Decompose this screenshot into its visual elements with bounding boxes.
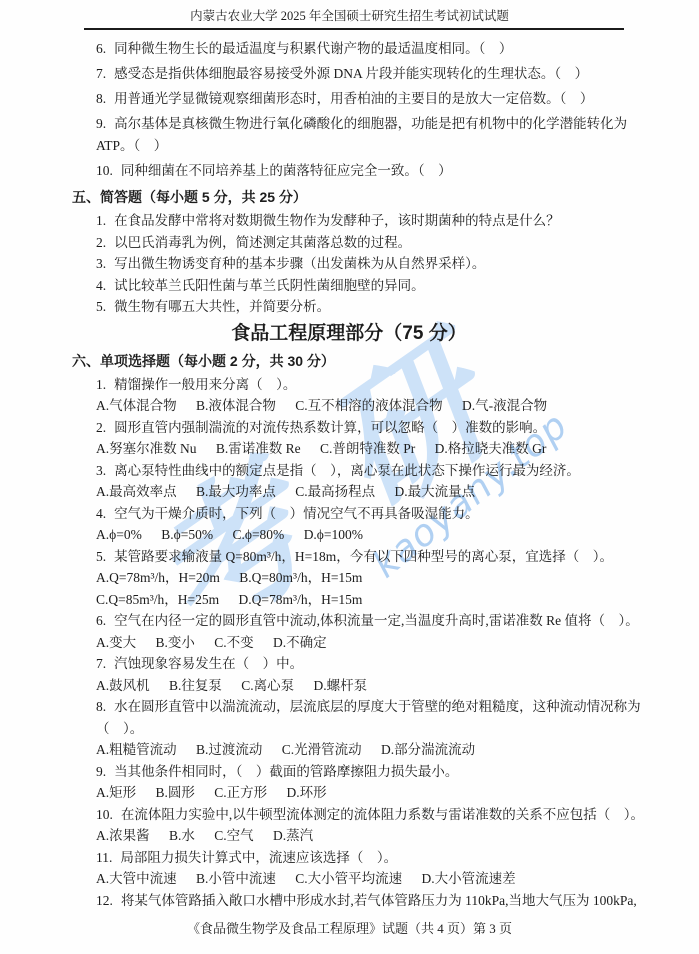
mcq-q1-stem: 1.精馏操作一般用来分离（ ）。 xyxy=(72,374,654,396)
option-c: C.离心泵 xyxy=(241,675,294,697)
question-text: 汽蚀现象容易发生在（ ）中。 xyxy=(114,656,303,671)
item-number: 7. xyxy=(96,66,106,81)
option-b: B.Q=80m³/h，H=15m xyxy=(239,567,362,589)
option-b: B.ϕ=50% xyxy=(161,524,213,546)
item-text: 写出微生物诱变育种的基本步骤（出发菌株为从自然界采样）。 xyxy=(114,256,485,271)
mcq-q10-stem: 10.在流体阻力实验中,以牛顿型流体测定的流体阻力系数与雷诺准数的关系不应包括（… xyxy=(72,804,654,826)
question-number: 11. xyxy=(96,850,112,865)
judge-item-6: 6.同种微生物生长的最适温度与积累代谢产物的最适温度相同。（ ） xyxy=(72,38,654,60)
short-answer-item-3: 3.写出微生物诱变育种的基本步骤（出发菌株为从自然界采样）。 xyxy=(72,253,654,275)
mcq-q11-stem: 11.局部阻力损失计算式中，流速应该选择（ ）。 xyxy=(72,847,654,869)
item-text: 感受态是指供体细胞最容易接受外源 DNA 片段并能实现转化的生理状态。（ ） xyxy=(114,66,588,81)
exam-content: 6.同种微生物生长的最适温度与积累代谢产物的最适温度相同。（ ） 7.感受态是指… xyxy=(72,38,654,911)
question-text: 水在圆形直管中以湍流流动，层流底层的厚度大于管壁的绝对粗糙度，这种流动情况称为（… xyxy=(96,699,641,736)
mcq-q2-options: A.努塞尔准数 Nu B.雷诺准数 Re C.普朗特准数 Pr D.格拉晓夫准数… xyxy=(72,438,654,460)
item-number: 6. xyxy=(96,41,106,56)
item-number: 5. xyxy=(96,299,106,314)
option-d: D.Q=78m³/h，H=15m xyxy=(239,589,363,611)
short-answer-item-2: 2.以巴氏消毒乳为例，简述测定其菌落总数的过程。 xyxy=(72,232,654,254)
option-b: B.往复泵 xyxy=(169,675,222,697)
question-text: 当其他条件相同时，（ ）截面的管路摩擦阻力损失最小。 xyxy=(114,764,458,779)
mcq-q8-options: A.粗糙管流动 B.过渡流动 C.光滑管流动 D.部分湍流流动 xyxy=(72,739,654,761)
mcq-q6-stem: 6.空气在内径一定的圆形直管中流动,体积流量一定,当温度升高时,雷诺准数 Re … xyxy=(72,610,654,632)
question-text: 离心泵特性曲线中的额定点是指（ ），离心泵在此状态下操作运行最为经济。 xyxy=(114,463,580,478)
mcq-q9-options: A.矩形 B.圆形 C.正方形 D.环形 xyxy=(72,782,654,804)
option-b: B.最大功率点 xyxy=(196,481,276,503)
question-number: 7. xyxy=(96,656,106,671)
item-text: 高尔基体是真核微生物进行氧化磷酸化的细胞器，功能是把有机物中的化学潜能转化为 A… xyxy=(96,116,627,153)
item-number: 3. xyxy=(96,256,106,271)
option-c: C.正方形 xyxy=(214,782,267,804)
option-a: A.变大 xyxy=(96,632,136,654)
option-c: C.ϕ=80% xyxy=(232,524,284,546)
question-number: 3. xyxy=(96,463,106,478)
item-number: 1. xyxy=(96,213,106,228)
mcq-q12-stem: 12.将某气体管路插入敞口水槽中形成水封,若气体管路压力为 110kPa,当地大… xyxy=(72,890,654,912)
item-number: 9. xyxy=(96,116,106,131)
mcq-q7-options: A.鼓风机 B.往复泵 C.离心泵 D.螺杆泵 xyxy=(72,675,654,697)
header-rule xyxy=(84,28,624,30)
item-number: 10. xyxy=(96,163,113,178)
option-b: B.小管中流速 xyxy=(196,868,276,890)
item-text: 同种微生物生长的最适温度与积累代谢产物的最适温度相同。（ ） xyxy=(114,41,512,56)
item-number: 8. xyxy=(96,91,106,106)
item-text: 以巴氏消毒乳为例，简述测定其菌落总数的过程。 xyxy=(114,235,411,250)
mcq-q1-options: A.气体混合物 B.液体混合物 C.互不相溶的液体混合物 D.气-液混合物 xyxy=(72,395,654,417)
question-number: 4. xyxy=(96,506,106,521)
option-c: C.不变 xyxy=(214,632,253,654)
question-number: 12. xyxy=(96,893,113,908)
option-a: A.鼓风机 xyxy=(96,675,150,697)
option-d: D.格拉晓夫准数 Gr xyxy=(435,438,547,460)
option-d: D.最大流量点 xyxy=(395,481,476,503)
mcq-q3-options: A.最高效率点 B.最大功率点 C.最高扬程点 D.最大流量点 xyxy=(72,481,654,503)
question-text: 精馏操作一般用来分离（ ）。 xyxy=(114,377,296,392)
option-b: B.变小 xyxy=(156,632,195,654)
option-c: C.最高扬程点 xyxy=(295,481,375,503)
mcq-q4-options: A.ϕ=0% B.ϕ=50% C.ϕ=80% D.ϕ=100% xyxy=(72,524,654,546)
option-d: D.气-液混合物 xyxy=(462,395,547,417)
mcq-q5-options-row2: C.Q=85m³/h，H=25m D.Q=78m³/h，H=15m xyxy=(72,589,654,611)
option-a: A.努塞尔准数 Nu xyxy=(96,438,197,460)
page-footer: 《食品微生物学及食品工程原理》试题（共 4 页）第 3 页 xyxy=(0,918,699,937)
item-number: 4. xyxy=(96,278,106,293)
mcq-q8-stem: 8.水在圆形直管中以湍流流动，层流底层的厚度大于管壁的绝对粗糙度，这种流动情况称… xyxy=(72,696,654,739)
question-text: 将某气体管路插入敞口水槽中形成水封,若气体管路压力为 110kPa,当地大气压为… xyxy=(121,893,637,908)
option-d: D.不确定 xyxy=(273,632,327,654)
option-d: D.环形 xyxy=(287,782,327,804)
option-b: B.圆形 xyxy=(156,782,195,804)
mcq-q9-stem: 9.当其他条件相同时，（ ）截面的管路摩擦阻力损失最小。 xyxy=(72,761,654,783)
option-b: B.水 xyxy=(169,825,195,847)
question-number: 10. xyxy=(96,807,113,822)
mcq-q4-stem: 4.空气为干燥介质时，下列（ ）情况空气不再具备吸湿能力。 xyxy=(72,503,654,525)
question-number: 9. xyxy=(96,764,106,779)
question-number: 5. xyxy=(96,549,106,564)
question-text: 在流体阻力实验中,以牛顿型流体测定的流体阻力系数与雷诺准数的关系不应包括（ ）。 xyxy=(121,807,644,822)
short-answer-item-4: 4.试比较革兰氏阳性菌与革兰氏阴性菌细胞壁的异同。 xyxy=(72,275,654,297)
option-d: D.部分湍流流动 xyxy=(381,739,475,761)
option-a: A.Q=78m³/h，H=20m xyxy=(96,567,220,589)
short-answer-item-1: 1.在食品发酵中常将对数期微生物作为发酵种子，该时期菌种的特点是什么？ xyxy=(72,210,654,232)
option-c: C.Q=85m³/h，H=25m xyxy=(96,589,219,611)
question-number: 1. xyxy=(96,377,106,392)
item-text: 在食品发酵中常将对数期微生物作为发酵种子，该时期菌种的特点是什么？ xyxy=(114,213,560,228)
short-answer-item-5: 5.微生物有哪五大共性，并简要分析。 xyxy=(72,296,654,318)
option-d: D.螺杆泵 xyxy=(314,675,368,697)
option-a: A.气体混合物 xyxy=(96,395,177,417)
engineering-part-title: 食品工程原理部分（75 分） xyxy=(58,319,640,349)
mcq-q6-options: A.变大 B.变小 C.不变 D.不确定 xyxy=(72,632,654,654)
option-c: C.空气 xyxy=(214,825,253,847)
mcq-heading: 六、单项选择题（每小题 2 分，共 30 分） xyxy=(72,349,654,374)
question-text: 空气在内径一定的圆形直管中流动,体积流量一定,当温度升高时,雷诺准数 Re 值将… xyxy=(114,613,639,628)
question-number: 2. xyxy=(96,420,106,435)
option-a: A.ϕ=0% xyxy=(96,524,142,546)
item-text: 用普通光学显微镜观察细菌形态时，用香柏油的主要目的是放大一定倍数。（ ） xyxy=(114,91,593,106)
judge-item-7: 7.感受态是指供体细胞最容易接受外源 DNA 片段并能实现转化的生理状态。（ ） xyxy=(72,63,654,85)
mcq-q7-stem: 7.汽蚀现象容易发生在（ ）中。 xyxy=(72,653,654,675)
judge-item-8: 8.用普通光学显微镜观察细菌形态时，用香柏油的主要目的是放大一定倍数。（ ） xyxy=(72,88,654,110)
judge-item-10: 10.同种细菌在不同培养基上的菌落特征应完全一致。（ ） xyxy=(72,160,654,182)
short-answer-heading: 五、简答题（每小题 5 分，共 25 分） xyxy=(72,185,654,210)
option-b: B.液体混合物 xyxy=(196,395,276,417)
question-text: 圆形直管内强制湍流的对流传热系数计算，可以忽略（ ）准数的影响。 xyxy=(114,420,546,435)
option-c: C.光滑管流动 xyxy=(282,739,362,761)
question-number: 8. xyxy=(96,699,106,714)
page-header-title: 内蒙古农业大学 2025 年全国硕士研究生招生考试初试试题 xyxy=(0,8,699,24)
question-text: 空气为干燥介质时，下列（ ）情况空气不再具备吸湿能力。 xyxy=(114,506,479,521)
mcq-q5-stem: 5.某管路要求输液量 Q=80m³/h，H=18m，今有以下四种型号的离心泵，宜… xyxy=(72,546,654,568)
option-b: B.雷诺准数 Re xyxy=(216,438,301,460)
option-b: B.过渡流动 xyxy=(196,739,262,761)
question-text: 某管路要求输液量 Q=80m³/h，H=18m，今有以下四种型号的离心泵，宜选择… xyxy=(114,549,613,564)
question-number: 6. xyxy=(96,613,106,628)
judge-item-9: 9.高尔基体是真核微生物进行氧化磷酸化的细胞器，功能是把有机物中的化学潜能转化为… xyxy=(72,113,654,157)
option-a: A.浓果酱 xyxy=(96,825,150,847)
option-d: D.蒸汽 xyxy=(273,825,313,847)
question-text: 局部阻力损失计算式中，流速应该选择（ ）。 xyxy=(120,850,397,865)
option-c: C.大小管平均流速 xyxy=(295,868,402,890)
option-c: C.互不相溶的液体混合物 xyxy=(295,395,442,417)
option-c: C.普朗特准数 Pr xyxy=(320,438,415,460)
option-a: A.最高效率点 xyxy=(96,481,177,503)
mcq-q10-options: A.浓果酱 B.水 C.空气 D.蒸汽 xyxy=(72,825,654,847)
mcq-q5-options-row1: A.Q=78m³/h，H=20m B.Q=80m³/h，H=15m xyxy=(72,567,654,589)
mcq-q3-stem: 3.离心泵特性曲线中的额定点是指（ ），离心泵在此状态下操作运行最为经济。 xyxy=(72,460,654,482)
exam-paper-page: 考研 kaoyany.top 内蒙古农业大学 2025 年全国硕士研究生招生考试… xyxy=(0,0,699,954)
item-text: 同种细菌在不同培养基上的菌落特征应完全一致。（ ） xyxy=(121,163,452,178)
option-a: A.矩形 xyxy=(96,782,136,804)
option-d: D.大小管流速差 xyxy=(422,868,516,890)
item-text: 试比较革兰氏阳性菌与革兰氏阴性菌细胞壁的异同。 xyxy=(114,278,425,293)
item-number: 2. xyxy=(96,235,106,250)
mcq-q11-options: A.大管中流速 B.小管中流速 C.大小管平均流速 D.大小管流速差 xyxy=(72,868,654,890)
option-d: D.ϕ=100% xyxy=(304,524,363,546)
item-text: 微生物有哪五大共性，并简要分析。 xyxy=(114,299,330,314)
mcq-q2-stem: 2.圆形直管内强制湍流的对流传热系数计算，可以忽略（ ）准数的影响。 xyxy=(72,417,654,439)
option-a: A.大管中流速 xyxy=(96,868,177,890)
option-a: A.粗糙管流动 xyxy=(96,739,177,761)
